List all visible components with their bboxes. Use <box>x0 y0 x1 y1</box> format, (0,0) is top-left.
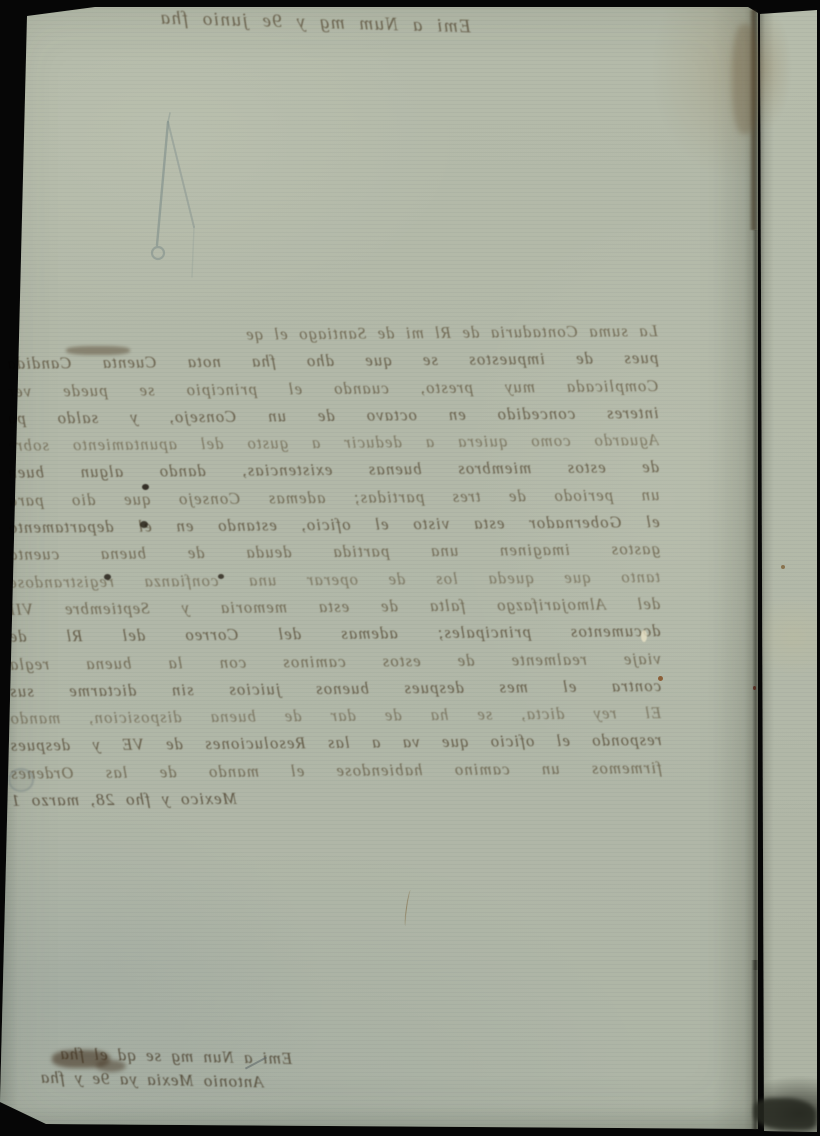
fold-crease-middle <box>752 230 758 970</box>
paper-sheet-main <box>0 0 758 1136</box>
paper-sheet-right-fold <box>758 0 817 1136</box>
fold-crease-bottom <box>751 960 758 1130</box>
manuscript-scan: Emi a Num mg y 9e junio fha La suma Cont… <box>0 0 820 1136</box>
fold-crease-top <box>749 10 757 230</box>
watermark-compass-icon <box>140 95 220 295</box>
